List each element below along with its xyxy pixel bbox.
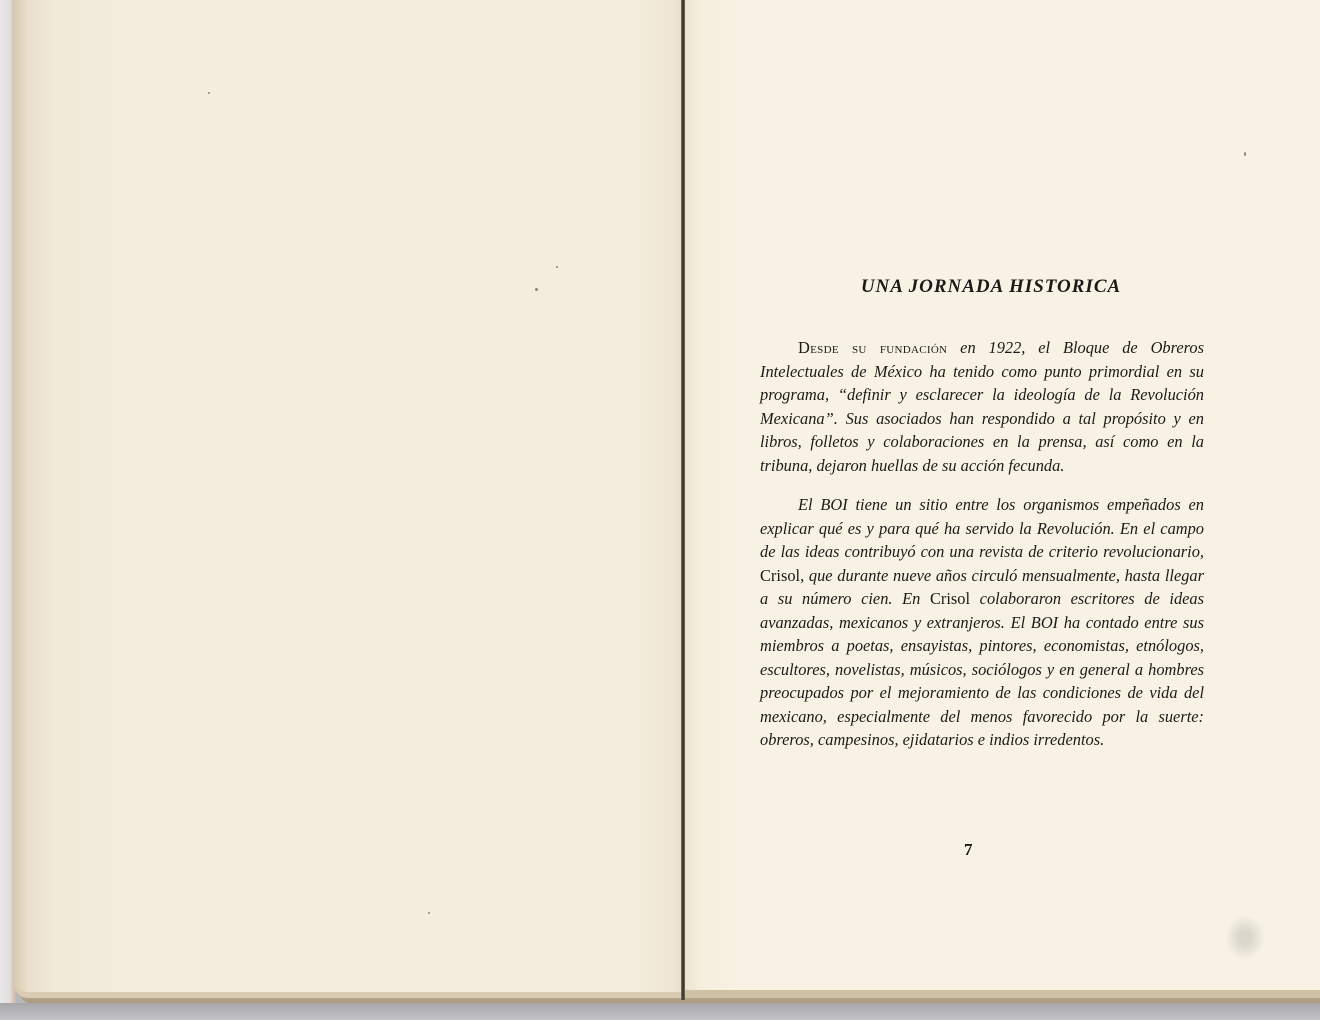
scanner-bed xyxy=(0,1003,1320,1020)
chapter-heading: UNA JORNADA HISTORICA xyxy=(760,276,1204,298)
paragraph-1: Desde su fundación en 1922, el Bloque de… xyxy=(760,336,1204,477)
page-number: 7 xyxy=(964,840,973,860)
paper-speck xyxy=(428,912,430,914)
paper-speck xyxy=(535,288,538,291)
book-spread: UNA JORNADA HISTORICA Desde su fundación… xyxy=(0,0,1320,1020)
paragraph-1-text: en 1922, el Bloque de Obreros Intelectua… xyxy=(760,338,1204,475)
right-page-text: UNA JORNADA HISTORICA Desde su fundación… xyxy=(760,276,1204,768)
paper-speck xyxy=(208,92,210,94)
left-page-blank xyxy=(14,0,684,998)
paragraph-2-text-c: colaboraron escritores de ideas avanzada… xyxy=(760,589,1204,749)
paragraph-2-text-a: El BOI tiene un sitio entre los organism… xyxy=(760,495,1204,561)
journal-title-crisol: Crisol xyxy=(930,589,970,608)
paper-speck xyxy=(556,266,558,268)
paper-stain xyxy=(1225,915,1265,960)
journal-title-crisol: Crisol xyxy=(760,566,800,585)
paper-speck xyxy=(1244,152,1246,156)
book-gutter xyxy=(681,0,685,1000)
paragraph-2: El BOI tiene un sitio entre los organism… xyxy=(760,493,1204,752)
paragraph-1-lead: Desde su fundación xyxy=(798,338,947,357)
